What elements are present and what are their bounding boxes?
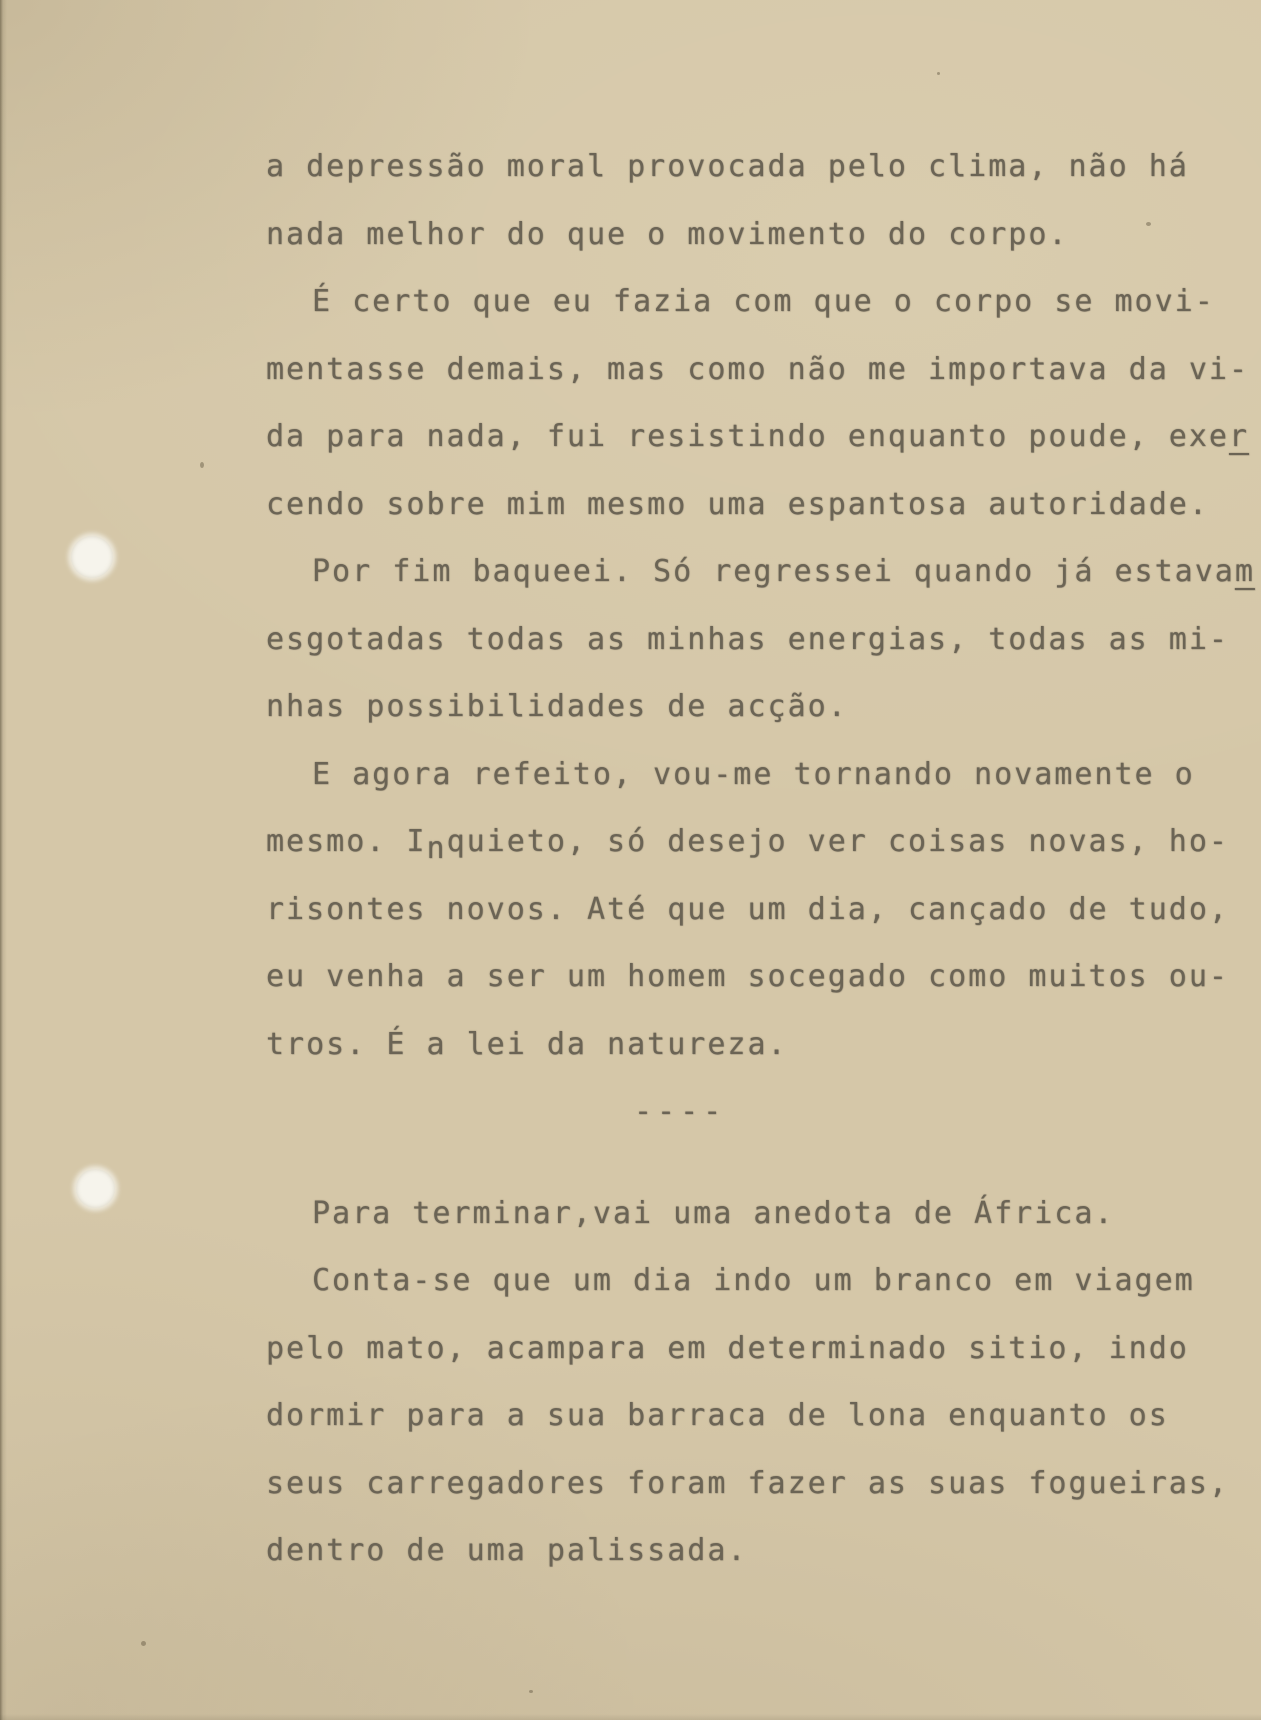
text-segment: tros. É a lei da natureza. [266,1027,788,1062]
text-segment: mesmo. I [266,824,427,859]
text-line: tros. É a lei da natureza. [266,1011,1261,1079]
text-line: dentro de uma palissada. [266,1517,1261,1585]
text-line: eu venha a ser um homem socegado como mu… [266,943,1261,1011]
text-line: cendo sobre mim mesmo uma espantosa auto… [266,471,1261,539]
hole-punch-bottom [76,1169,115,1208]
manuscript-page: a depressão moral provocada pelo clima, … [0,0,1261,1720]
text-segment: pelo mato, acampara em determinado sitio… [266,1331,1189,1366]
typewritten-text: a depressão moral provocada pelo clima, … [266,133,1261,1585]
text-segment: É certo que eu fazia com que o corpo se … [312,284,1215,319]
text-line: E agora refeito, vou-me tornando novamen… [266,741,1261,809]
text-segment: dentro de uma palissada. [266,1533,747,1568]
text-line: esgotadas todas as minhas energias, toda… [266,606,1261,674]
text-line: dormir para a sua barraca de lona enquan… [266,1382,1261,1450]
text-segment: nhas possibilidades de acção. [266,689,848,724]
text-segment: ---- [634,1094,726,1129]
text-segment: a depressão moral provocada pelo clima, … [266,149,1189,184]
text-line: seus carregadores foram fazer as suas fo… [266,1450,1261,1518]
text-segment: Por fim baqueei. Só regressei quando já … [312,554,1235,589]
text-line: Conta-se que um dia indo um branco em vi… [266,1247,1261,1315]
paper-speck [937,72,940,75]
text-segment: quieto, só desejo ver coisas novas, ho- [447,824,1229,859]
text-line: nada melhor do que o movimento do corpo. [266,201,1261,269]
text-segment: m [1235,554,1255,589]
text-line: a depressão moral provocada pelo clima, … [266,133,1261,201]
text-line: mentasse demais, mas como não me importa… [266,336,1261,404]
section-separator: ---- [266,1078,1261,1146]
paper-speck [529,1690,533,1693]
text-segment: n [427,831,447,866]
text-line: Por fim baqueei. Só regressei quando já … [266,538,1261,606]
text-segment: da para nada, fui resistindo enquanto po… [266,419,1229,454]
text-line: nhas possibilidades de acção. [266,673,1261,741]
text-segment: nada melhor do que o movimento do corpo. [266,217,1068,252]
text-segment: E agora refeito, vou-me tornando novamen… [312,757,1195,792]
paper-speck [141,1641,146,1646]
text-segment: cendo sobre mim mesmo uma espantosa auto… [266,487,1209,522]
text-line: risontes novos. Até que um dia, cançado … [266,876,1261,944]
text-line: É certo que eu fazia com que o corpo se … [266,268,1261,336]
text-line: mesmo. Inquieto, só desejo ver coisas no… [266,808,1261,876]
text-segment: seus carregadores foram fazer as suas fo… [266,1466,1229,1501]
text-line: pelo mato, acampara em determinado sitio… [266,1315,1261,1383]
text-segment: dormir para a sua barraca de lona enquan… [266,1398,1169,1433]
paper-speck [200,462,204,468]
text-segment: r [1229,419,1249,454]
text-segment: esgotadas todas as minhas energias, toda… [266,622,1229,657]
hole-punch-top [71,536,113,578]
text-segment: Para terminar,vai uma anedota de África. [312,1196,1114,1231]
text-segment: risontes novos. Até que um dia, cançado … [266,892,1229,927]
text-segment: mentasse demais, mas como não me importa… [266,352,1249,387]
text-line: Para terminar,vai uma anedota de África. [266,1180,1261,1248]
text-line: da para nada, fui resistindo enquanto po… [266,403,1261,471]
text-segment: eu venha a ser um homem socegado como mu… [266,959,1229,994]
text-segment: Conta-se que um dia indo um branco em vi… [312,1263,1195,1298]
